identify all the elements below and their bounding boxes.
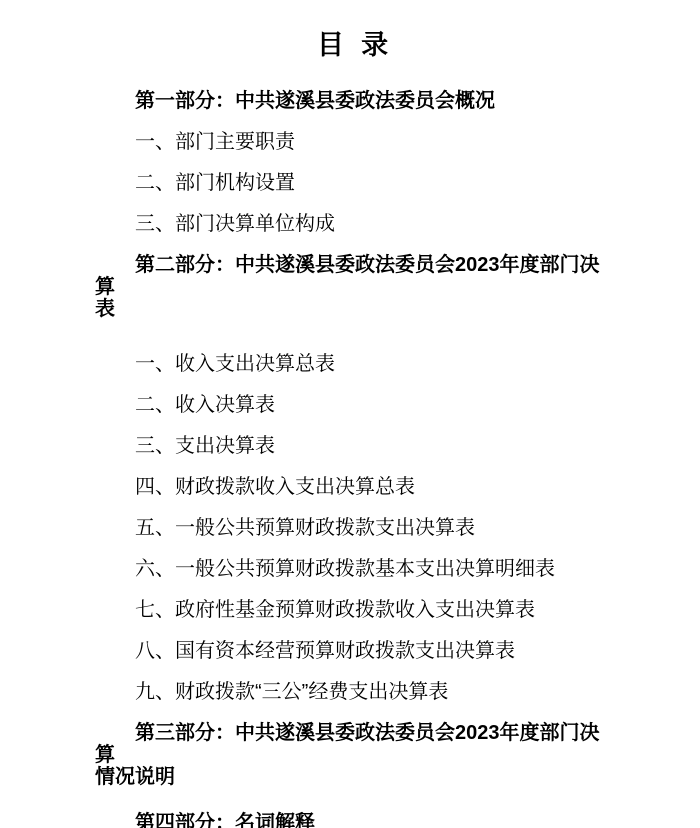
- toc-entry: 五、一般公共预算财政拨款支出决算表: [95, 517, 615, 539]
- part1-heading: 第一部分：中共遂溪县委政法委员会概况: [95, 90, 615, 112]
- toc-entry: 三、支出决算表: [95, 435, 615, 457]
- toc-entry: 六、一般公共预算财政拨款基本支出决算明细表: [95, 558, 615, 580]
- toc-section-part4: 第四部分：名词解释: [95, 812, 615, 828]
- toc-entry: 二、收入决算表: [95, 394, 615, 416]
- toc-entry: 一、部门主要职责: [95, 131, 615, 153]
- toc-entry: 三、部门决算单位构成: [95, 213, 615, 235]
- toc-entry: 七、政府性基金预算财政拨款收入支出决算表: [95, 599, 615, 621]
- document-page: 目 录 第一部分：中共遂溪县委政法委员会概况 一、部门主要职责 二、部门机构设置…: [0, 0, 700, 828]
- part3-heading: 第三部分：中共遂溪县委政法委员会2023年度部门决算 情况说明: [95, 722, 615, 788]
- toc-entry: 一、收入支出决算总表: [95, 353, 615, 375]
- toc-section-part2: 第二部分：中共遂溪县委政法委员会2023年度部门决算 表 一、收入支出决算总表 …: [95, 254, 615, 703]
- toc-entry: 八、国有资本经营预算财政拨款支出决算表: [95, 640, 615, 662]
- part4-heading: 第四部分：名词解释: [95, 812, 615, 828]
- toc-entry: 四、财政拨款收入支出决算总表: [95, 476, 615, 498]
- toc-title: 目 录: [95, 30, 615, 60]
- toc-section-part3: 第三部分：中共遂溪县委政法委员会2023年度部门决算 情况说明: [95, 722, 615, 788]
- toc-entry: 二、部门机构设置: [95, 172, 615, 194]
- part2-heading: 第二部分：中共遂溪县委政法委员会2023年度部门决算 表: [95, 254, 615, 320]
- toc-entry: 九、财政拨款“三公”经费支出决算表: [95, 681, 615, 703]
- toc-section-part1: 第一部分：中共遂溪县委政法委员会概况 一、部门主要职责 二、部门机构设置 三、部…: [95, 90, 615, 235]
